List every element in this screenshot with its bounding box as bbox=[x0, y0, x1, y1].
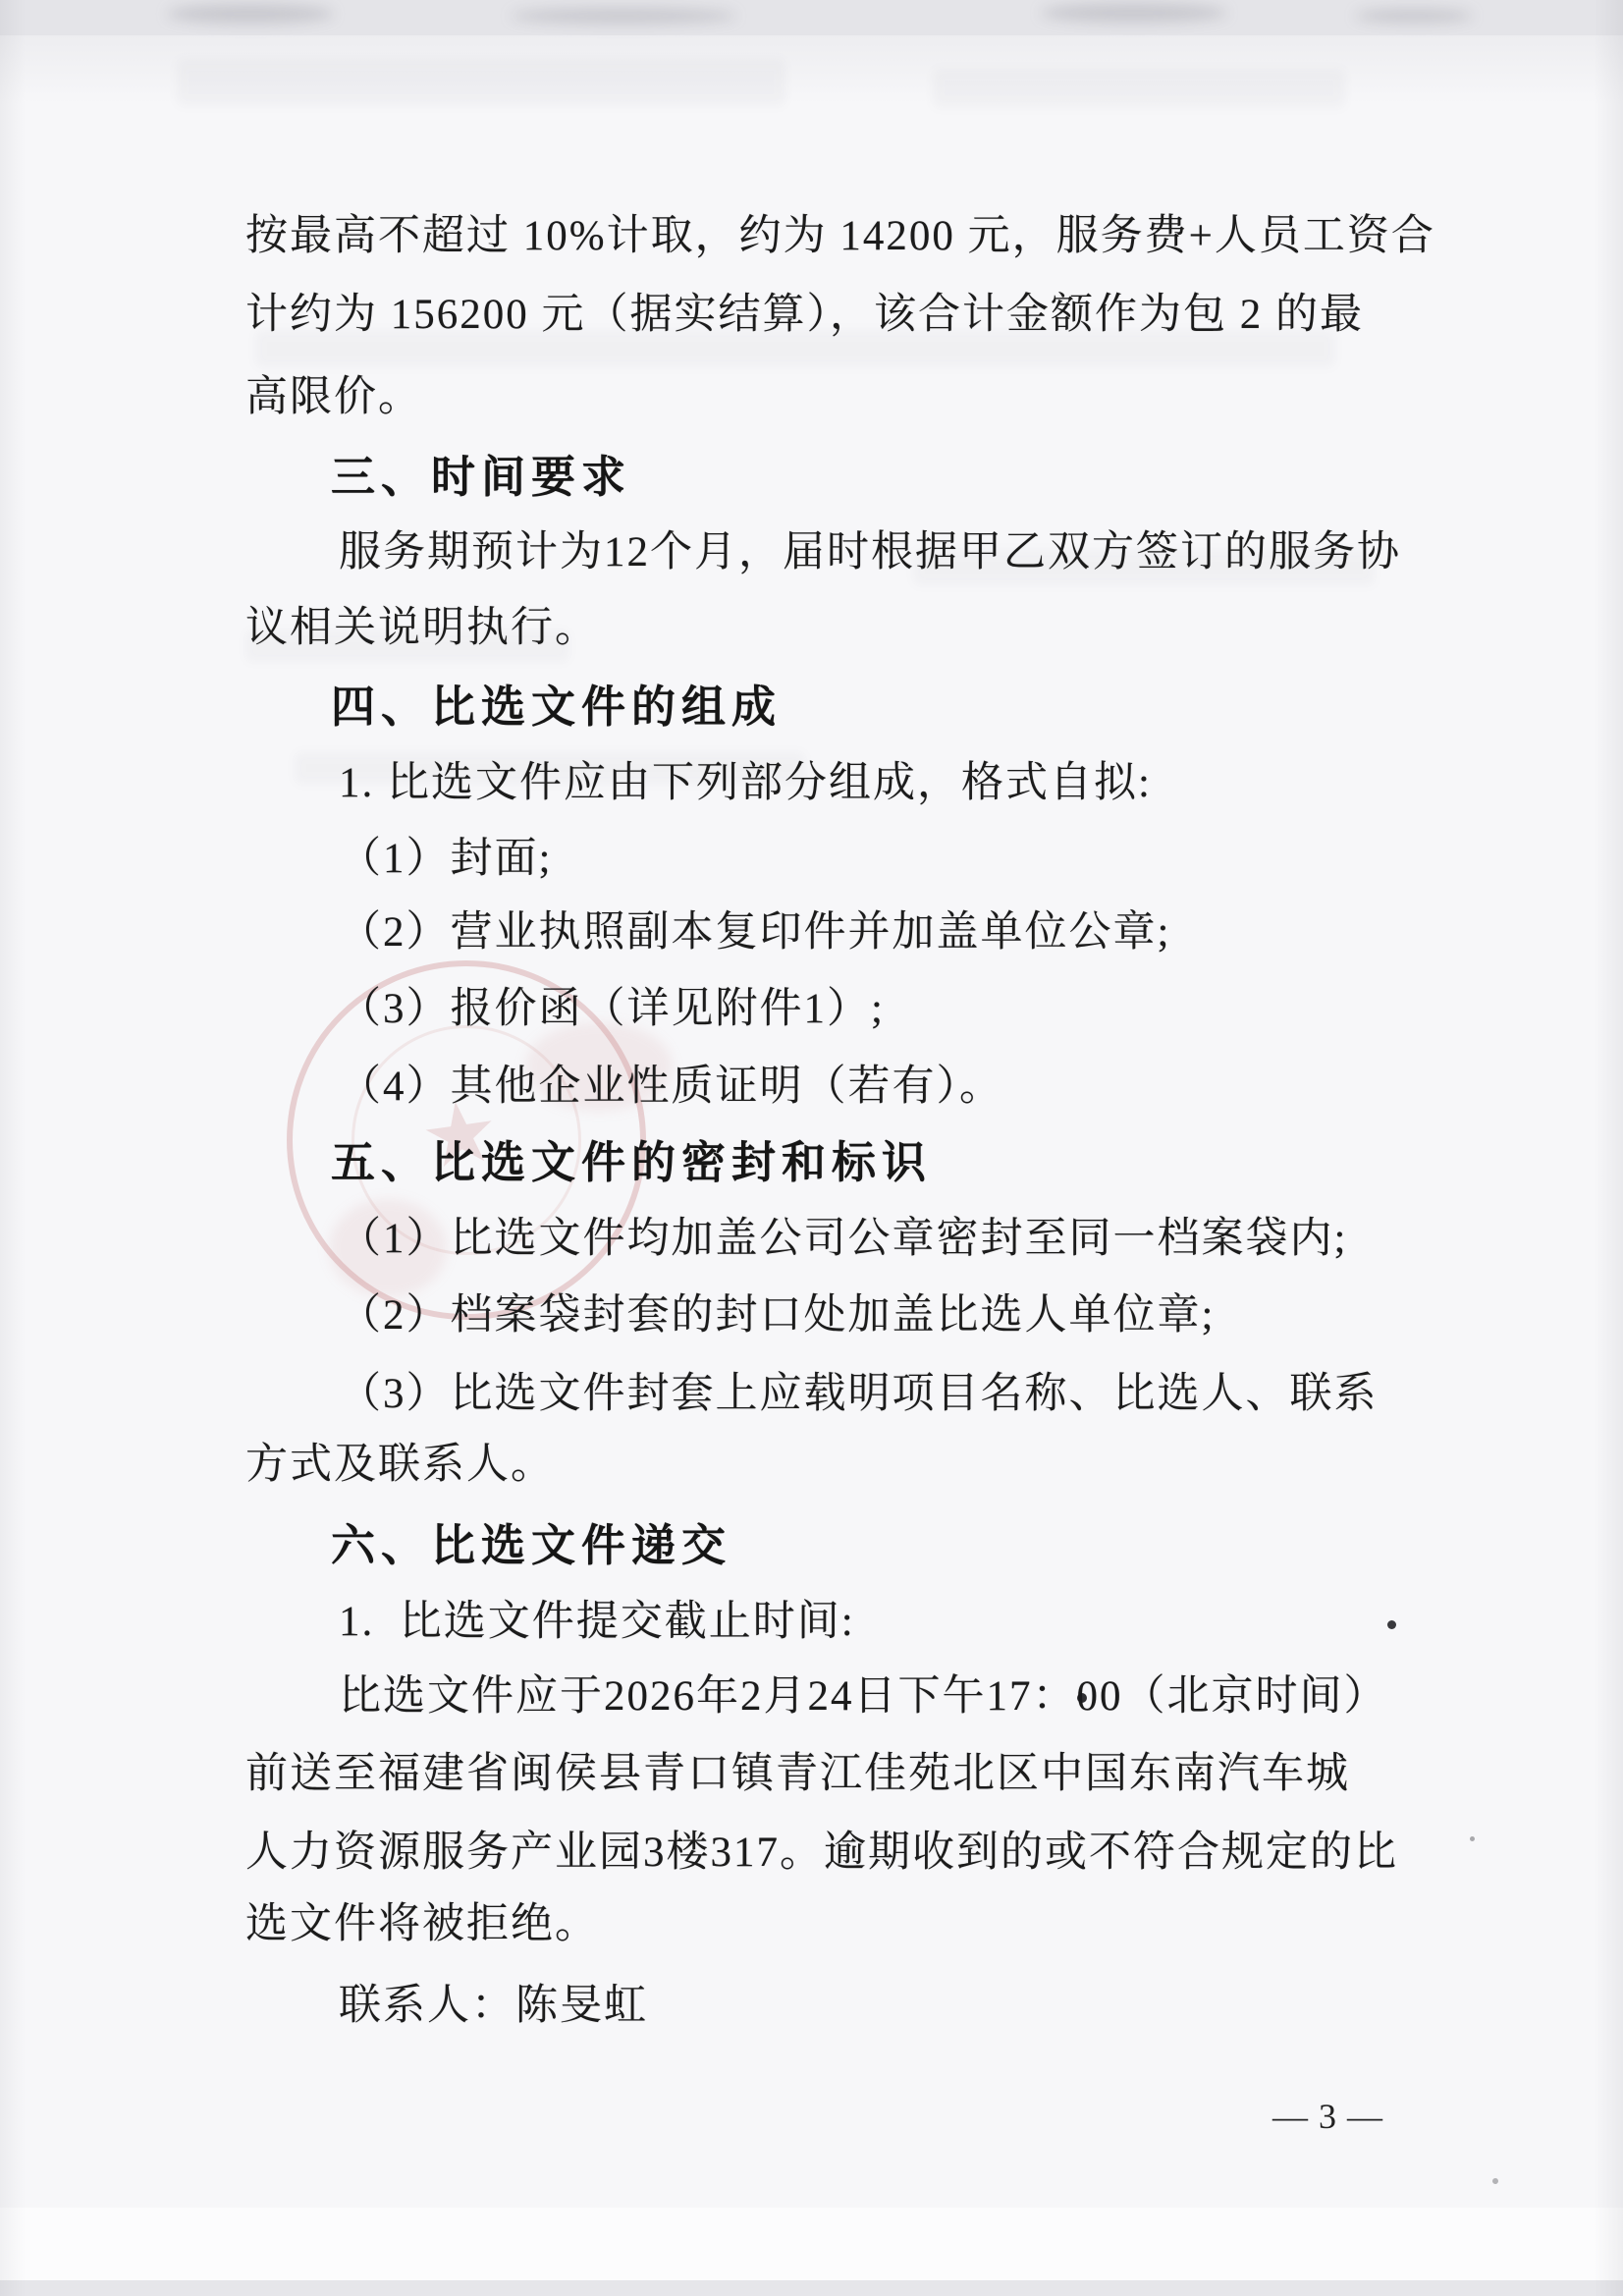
showthrough-bar bbox=[933, 69, 1345, 108]
ink-speck bbox=[1077, 1693, 1087, 1703]
text-line-24: 联系人：陈旻虹 bbox=[339, 1985, 648, 2027]
text-line-12: （4）其他企业性质证明（若有）。 bbox=[339, 1066, 1003, 1108]
text-line-3: 高限价。 bbox=[245, 376, 422, 418]
scan-smudge bbox=[1041, 3, 1227, 23]
ink-speck bbox=[1387, 1620, 1396, 1629]
scan-edge-right bbox=[1594, 0, 1623, 2296]
text-line-9: （1）封面; bbox=[339, 838, 552, 880]
showthrough-bar bbox=[177, 59, 785, 106]
text-line-10: （2）营业执照副本复印件并加盖单位公章; bbox=[339, 911, 1170, 954]
text-line-22: 人力资源服务产业园3楼317。逾期收到的或不符合规定的比 bbox=[245, 1831, 1398, 1874]
text-line-13: 五、比选文件的密封和标识 bbox=[331, 1140, 932, 1184]
text-line-5: 服务期预计为12个月，届时根据甲乙双方签订的服务协 bbox=[339, 531, 1401, 574]
text-line-21: 前送至福建省闽侯县青口镇青江佳苑北区中国东南汽车城 bbox=[245, 1753, 1350, 1795]
text-line-19: 1. 比选文件提交截止时间: bbox=[339, 1601, 855, 1643]
text-line-17: 方式及联系人。 bbox=[245, 1444, 555, 1486]
text-line-23: 选文件将被拒绝。 bbox=[245, 1903, 599, 1945]
page-number: — 3 — bbox=[1272, 2096, 1383, 2137]
scan-edge-bottom-light bbox=[0, 2208, 1623, 2280]
text-line-1: 按最高不超过 10%计取，约为 14200 元，服务费+人员工资合 bbox=[245, 215, 1435, 257]
scan-smudge bbox=[1355, 9, 1473, 23]
text-line-7: 四、比选文件的组成 bbox=[331, 684, 782, 729]
text-line-11: （3）报价函（详见附件1）; bbox=[339, 988, 885, 1030]
scan-edge-bottom bbox=[0, 2280, 1623, 2296]
text-line-4: 三、时间要求 bbox=[331, 455, 631, 499]
document-page: ★ 按最高不超过 10%计取，约为 14200 元，服务费+人员工资合计约为 1… bbox=[0, 0, 1623, 2296]
text-line-15: （2）档案袋封套的封口处加盖比选人单位章; bbox=[339, 1294, 1215, 1337]
scan-smudge bbox=[511, 8, 736, 24]
text-line-2: 计约为 156200 元（据实结算），该合计金额作为包 2 的最 bbox=[245, 294, 1364, 336]
ink-speck bbox=[1492, 2178, 1498, 2184]
text-line-8: 1. 比选文件应由下列部分组成，格式自拟: bbox=[339, 762, 1152, 804]
text-line-16: （3）比选文件封套上应载明项目名称、比选人、联系 bbox=[339, 1373, 1379, 1415]
ink-speck bbox=[1470, 1836, 1475, 1841]
scan-smudge bbox=[167, 4, 334, 24]
text-line-18: 六、比选文件递交 bbox=[331, 1523, 731, 1567]
text-line-14: （1）比选文件均加盖公司公章密封至同一档案袋内; bbox=[339, 1218, 1347, 1260]
text-line-20: 比选文件应于2026年2月24日下午17：00（北京时间） bbox=[339, 1675, 1388, 1718]
text-line-6: 议相关说明执行。 bbox=[245, 607, 599, 649]
scan-edge-left bbox=[0, 0, 26, 2296]
